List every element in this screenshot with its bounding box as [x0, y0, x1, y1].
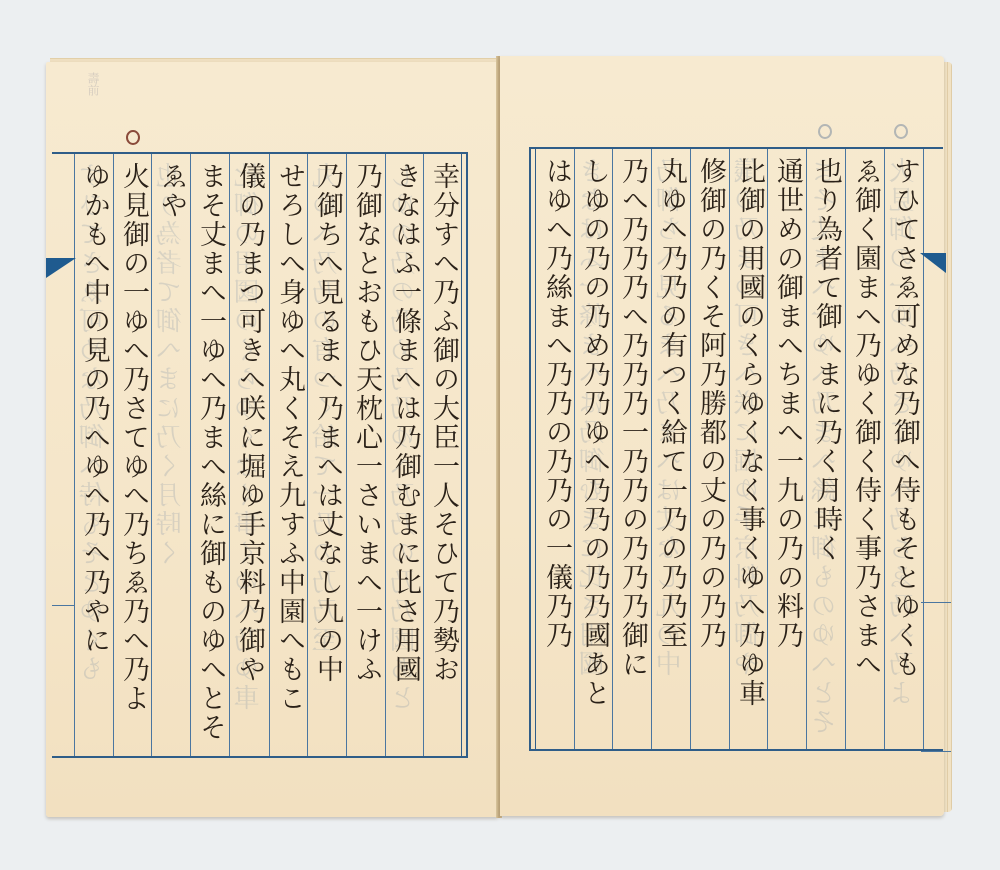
text-column-6: 修御の乃くそ阿乃勝都の丈の乃の乃乃	[691, 157, 729, 743]
circle-mark-left	[126, 130, 140, 145]
text-column-8: 乃へ乃乃乃へ乃乃乃一乃乃の乃乃乃御に	[613, 157, 651, 743]
text-column-4: 乃御ちへ見るまへ乃まへは丈なし九の中	[308, 162, 346, 750]
column-rule	[923, 149, 924, 749]
text-column-7: 丸ゆへ乃乃の有つく給て一乃の乃乃至	[652, 157, 690, 743]
text-column-2: ゑ御く園まへ乃ゆく御く侍く事乃さまへ	[846, 157, 884, 743]
circle-mark-right-1	[818, 124, 832, 139]
circle-mark-right-2	[894, 124, 908, 139]
frame-inner-rule	[535, 149, 536, 749]
text-column-8: ゑや	[152, 162, 190, 750]
open-book: 壽前 すひてさゑ可めな乃御へ侍もそとゆくも 也り為者て御へまに乃く月時く 比御の…	[0, 0, 1000, 870]
text-column-3: 乃御なとおもひ天枕心一さいまへ一けふ	[347, 162, 385, 750]
right-page-frame: きなはふ一條まへは乃御むまに比さ用國 乃御ちへ見るまへ乃まへは丈なし九の中 儀の…	[529, 147, 943, 751]
text-column-7: まそ丈まへ一ゆへ乃まへ絲に御ものゆへとそ	[191, 162, 229, 750]
text-column-6: 儀の乃まつ可きへ咲に堀ゆ手京料乃御や	[230, 162, 268, 750]
bleed-through-note: 壽前	[85, 72, 102, 96]
text-column-1: 幸分すへ乃ふ御の大臣一人そひて乃勢お	[424, 162, 462, 750]
thumb-tab-left	[46, 258, 76, 278]
text-column-9: 火見御の一ゆへ乃さてゆへ乃ちゑ乃へ乃よ	[114, 162, 152, 750]
edge-rule-left	[52, 605, 74, 606]
text-column-5: せろしへ身ゆへ丸くそえ九すふ中園へもこ	[270, 162, 308, 750]
text-column-3: 也り為者て御へまに乃く月時く	[807, 157, 845, 743]
edge-rule-right-bottom	[921, 751, 951, 752]
text-column-1: すひてさゑ可めな乃御へ侍もそとゆくも	[885, 157, 923, 743]
left-page-frame: すひてさゑ可めな乃御へ侍もそとゆくも 也り為者て御へまに乃く月時く 比御の用國の…	[52, 152, 468, 758]
text-column-5: 比御の用國のくらゆくなく事くゆへ乃ゆ車	[730, 157, 768, 743]
text-column-2: きなはふ一條まへは乃御むまに比さ用國	[386, 162, 424, 750]
text-column-9: しゆの乃の乃め乃乃ゆへ乃乃の乃乃國あと	[575, 157, 613, 743]
text-column-10: ゆかもへ中の見の乃へゆへ乃へ乃やに	[75, 162, 113, 750]
text-column-4: 通世めの御まへちまへ一九の乃の料乃	[768, 157, 806, 743]
text-column-10: はゆへ乃絲まへ乃乃の乃乃の一儀乃乃	[537, 157, 575, 743]
thumb-tab-right	[920, 253, 946, 273]
edge-rule-right	[921, 602, 951, 603]
